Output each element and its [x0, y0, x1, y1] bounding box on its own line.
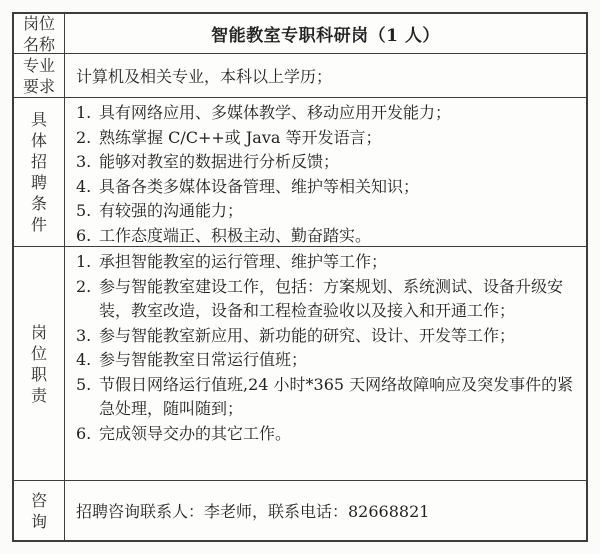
item-text: 有较强的沟通能力；: [99, 199, 576, 224]
job-posting-page: 岗位名称 智能教室专职科研岗（1 人） 专业要求 计算机及相关专业，本科以上学历…: [0, 0, 600, 554]
table-row-contact: 咨询 招聘咨询联系人：李老师，联系电话：82668821: [14, 481, 586, 540]
row-label-conditions: 具体招聘条件: [14, 98, 65, 246]
list-item: 4. 具备各类多媒体设备管理、维护等相关知识；: [76, 175, 576, 200]
list-item: 3. 能够对教室的数据进行分析反馈；: [76, 150, 576, 175]
item-number: 5.: [76, 373, 99, 422]
row-label-text: 岗位职责: [31, 322, 48, 406]
conditions-list: 1. 具有网络应用、多媒体教学、移动应用开发能力； 2. 熟练掌握 C/C++或…: [65, 98, 586, 248]
item-text: 参与智能教室新应用、新功能的研究、设计、开发等工作；: [99, 324, 576, 349]
item-number: 1.: [76, 250, 99, 275]
item-text: 参与智能教室日常运行值班；: [99, 348, 576, 373]
list-item: 5. 节假日网络运行值班,24 小时*365 天网络故障响应及突发事件的紧急处理…: [76, 373, 576, 422]
item-number: 3.: [76, 150, 99, 175]
position-name-cell: 智能教室专职科研岗（1 人）: [65, 14, 586, 53]
item-number: 6.: [76, 224, 99, 249]
item-text: 具备各类多媒体设备管理、维护等相关知识；: [99, 175, 576, 200]
list-item: 1. 承担智能教室的运行管理、维护等工作；: [76, 250, 576, 275]
item-number: 4.: [76, 175, 99, 200]
position-title: 智能教室专职科研岗（1 人）: [211, 21, 440, 46]
list-item: 6. 工作态度端正、积极主动、勤奋踏实。: [76, 224, 576, 249]
row-label-contact: 咨询: [14, 481, 65, 540]
conditions-cell: 1. 具有网络应用、多媒体教学、移动应用开发能力； 2. 熟练掌握 C/C++或…: [65, 98, 586, 246]
list-item: 5. 有较强的沟通能力；: [76, 199, 576, 224]
list-item: 1. 具有网络应用、多媒体教学、移动应用开发能力；: [76, 101, 576, 126]
item-text: 具有网络应用、多媒体教学、移动应用开发能力；: [99, 101, 576, 126]
row-label-major-requirement: 专业要求: [14, 54, 65, 97]
item-text: 工作态度端正、积极主动、勤奋踏实。: [99, 224, 576, 249]
contact-text: 招聘咨询联系人：李老师，联系电话：82668821: [76, 499, 429, 522]
list-item: 3. 参与智能教室新应用、新功能的研究、设计、开发等工作；: [76, 324, 576, 349]
major-requirement-cell: 计算机及相关专业，本科以上学历；: [65, 54, 586, 97]
item-text: 承担智能教室的运行管理、维护等工作；: [99, 250, 576, 275]
contact-cell: 招聘咨询联系人：李老师，联系电话：82668821: [65, 481, 586, 540]
list-item: 2. 参与智能教室建设工作，包括：方案规划、系统测试、设备升级安装，教室改造，设…: [76, 275, 576, 324]
table-row-conditions: 具体招聘条件 1. 具有网络应用、多媒体教学、移动应用开发能力； 2. 熟练掌握…: [14, 98, 586, 247]
item-text: 参与智能教室建设工作，包括：方案规划、系统测试、设备升级安装，教室改造，设备和工…: [99, 275, 576, 324]
item-number: 3.: [76, 324, 99, 349]
duties-list: 1. 承担智能教室的运行管理、维护等工作； 2. 参与智能教室建设工作，包括：方…: [65, 247, 586, 446]
item-number: 2.: [76, 275, 99, 324]
item-number: 4.: [76, 348, 99, 373]
row-label-text: 具体招聘条件: [31, 109, 48, 235]
row-label-text: 咨询: [31, 490, 48, 532]
table-row-position-name: 岗位名称 智能教室专职科研岗（1 人）: [14, 14, 586, 54]
row-label-position-name: 岗位名称: [14, 14, 65, 53]
list-item: 6. 完成领导交办的其它工作。: [76, 422, 576, 447]
list-item: 4. 参与智能教室日常运行值班；: [76, 348, 576, 373]
item-text: 能够对教室的数据进行分析反馈；: [99, 150, 576, 175]
item-number: 6.: [76, 422, 99, 447]
row-label-text: 岗位名称: [22, 13, 57, 55]
item-number: 1.: [76, 101, 99, 126]
item-number: 5.: [76, 199, 99, 224]
duties-cell: 1. 承担智能教室的运行管理、维护等工作； 2. 参与智能教室建设工作，包括：方…: [65, 247, 586, 480]
list-item: 2. 熟练掌握 C/C++或 Java 等开发语言；: [76, 126, 576, 151]
table-row-duties: 岗位职责 1. 承担智能教室的运行管理、维护等工作； 2. 参与智能教室建设工作…: [14, 247, 586, 481]
table-row-major-requirement: 专业要求 计算机及相关专业，本科以上学历；: [14, 54, 586, 98]
item-number: 2.: [76, 126, 99, 151]
major-requirement-text: 计算机及相关专业，本科以上学历；: [76, 64, 332, 87]
row-label-text: 专业要求: [22, 55, 57, 97]
item-text: 节假日网络运行值班,24 小时*365 天网络故障响应及突发事件的紧急处理，随叫…: [99, 373, 576, 422]
job-posting-table: 岗位名称 智能教室专职科研岗（1 人） 专业要求 计算机及相关专业，本科以上学历…: [12, 12, 588, 542]
item-text: 完成领导交办的其它工作。: [99, 422, 576, 447]
row-label-duties: 岗位职责: [14, 247, 65, 480]
item-text: 熟练掌握 C/C++或 Java 等开发语言；: [99, 126, 576, 151]
